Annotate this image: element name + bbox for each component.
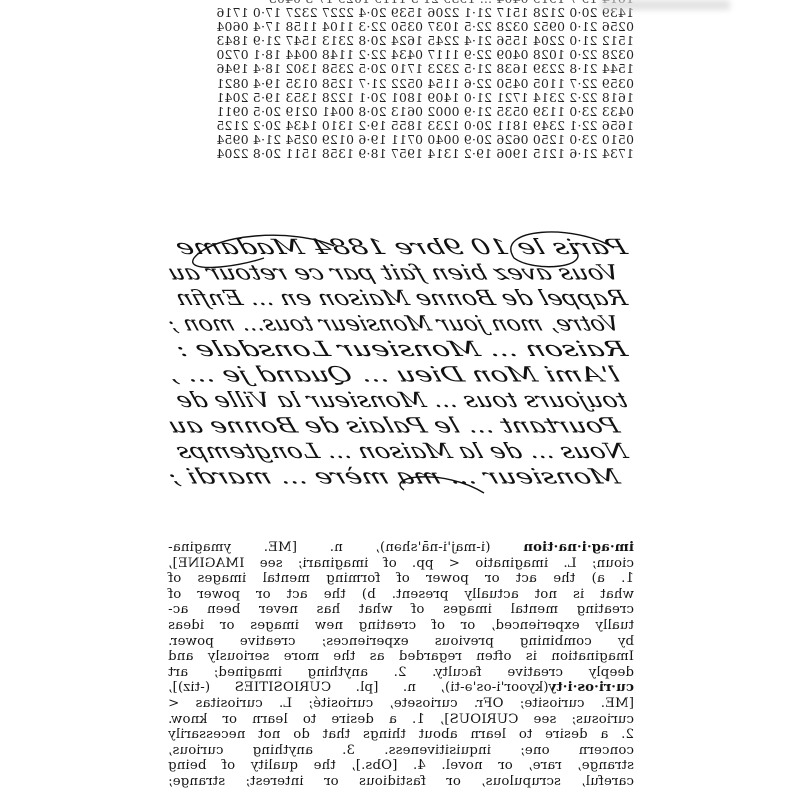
dictionary-lines: im·ag·i·na·tion (i-maj'i-nā'shən), n. [M… bbox=[168, 540, 634, 790]
dictionary-line: tually experienced, or of creating new i… bbox=[168, 618, 634, 634]
dictionary-pronunciation: (i-maj'i-nā'shən), n. [ME. ymagina- bbox=[168, 540, 523, 555]
smudge-decoration bbox=[600, 0, 730, 10]
number-row-partial: 1614 19 7 1919 0404 ... 1939 21 5 1119 1… bbox=[168, 0, 634, 6]
dictionary-line: Imagination is often regarded as the mor… bbox=[168, 649, 634, 665]
dictionary-pronunciation: (kyoor'i-os'ə-ti), n. [pl. CURIOSITIES (… bbox=[168, 680, 548, 695]
number-row: 0433 23·0 1139 0535 21·9 0002 0613 20·8 … bbox=[168, 105, 634, 119]
script-line: Paris le 10 9bre 1884 Madame bbox=[172, 235, 631, 259]
number-row: 1439 20·0 2128 1517 21·1 2206 1539 20·4 … bbox=[168, 6, 634, 20]
handwriting-block: Paris le 10 9bre 1884 MadameVous avez bi… bbox=[168, 228, 634, 498]
dictionary-line: strange, rare, or novel. 4. [Obs.], the … bbox=[168, 758, 634, 774]
script-letter: Paris le 10 9bre 1884 MadameVous avez bi… bbox=[168, 228, 634, 498]
number-row: 1734 21·6 1215 1906 19·2 1314 1957 18·9 … bbox=[168, 147, 634, 161]
script-line: l'Ami Mon Dieu ... Quand je ... , bbox=[168, 363, 623, 387]
dictionary-line: 1. a) the act or power of forming mental… bbox=[168, 571, 634, 587]
dictionary-line: cu·ri·os·i·ty(kyoor'i-os'ə-ti), n. [pl. … bbox=[168, 680, 634, 696]
dictionary-line: im·ag·i·na·tion (i-maj'i-nā'shən), n. [M… bbox=[168, 540, 634, 556]
number-row: 0328 22·0 1028 0409 22·9 1117 0434 22·2 … bbox=[168, 48, 634, 62]
number-rows: 1439 20·0 2128 1517 21·1 2206 1539 20·4 … bbox=[168, 6, 634, 161]
script-line: Pourtant ... le Palais de Bonne au bbox=[168, 414, 624, 438]
number-row: 0256 21·0 0952 0328 22·5 1037 0350 22·3 … bbox=[168, 20, 634, 34]
dictionary-line: by combining previous experiences; creat… bbox=[168, 634, 634, 650]
dictionary-entries: im·ag·i·na·tion (i-maj'i-nā'shən), n. [M… bbox=[168, 540, 634, 800]
script-line: Raison ... Monsieur Lonsdale : bbox=[173, 337, 632, 361]
number-row: 1544 21·8 2239 1638 21·5 2323 1710 20·5 … bbox=[168, 62, 634, 76]
script-line: Monsieur ... ma mère ... mardi ; bbox=[168, 465, 624, 489]
dictionary-line: deeply creative faculty. 2. anything ima… bbox=[168, 665, 634, 681]
script-line: toujours tous ... Monsieur la Ville de bbox=[173, 388, 631, 412]
number-row: 1512 21·0 2204 1556 21·4 2245 1624 20·8 … bbox=[168, 34, 634, 48]
dictionary-headword: im·ag·i·na·tion bbox=[523, 540, 634, 555]
number-table: 1614 19 7 1919 0404 ... 1939 21 5 1119 1… bbox=[168, 0, 634, 190]
script-line: Nous ... de la Maison ... Longtemps bbox=[173, 439, 632, 463]
dictionary-line: cioun; L. imaginatio < pp. of imaginari;… bbox=[168, 556, 634, 572]
number-row: 1656 22·1 2349 1811 20·0 1233 1855 19·2 … bbox=[168, 119, 634, 133]
number-row: 1618 22·2 2314 1721 21·0 1409 1801 20·1 … bbox=[168, 91, 634, 105]
dictionary-headword: cu·ri·os·i·ty bbox=[548, 680, 634, 695]
script-line: Rappel de Bonne Maison en ... Enfin bbox=[173, 286, 632, 310]
dictionary-line: what is not actually present. b) the act… bbox=[168, 587, 634, 603]
dictionary-line: [ME. curiosite; OFr. curiosete, curiosit… bbox=[168, 696, 634, 712]
dictionary-line: creating mental images of what has never… bbox=[168, 602, 634, 618]
number-row: 0510 23·0 1250 0626 20·9 0040 0711 19·6 … bbox=[168, 133, 634, 147]
dictionary-line: careful, scrupulous, or fastidious or in… bbox=[168, 774, 634, 790]
dictionary-line: concern one; inquisitiveness. 3. anythin… bbox=[168, 743, 634, 759]
dictionary-line: curiosus; see CURIOUS], 1. a desire to l… bbox=[168, 712, 634, 728]
number-row: 0359 22·7 1105 0450 22·6 1154 0522 21·7 … bbox=[168, 77, 634, 91]
script-line: Votre, mon jour Monsieur tous... mon ; bbox=[168, 312, 623, 336]
dictionary-line: 2. a desire to learn about things that d… bbox=[168, 727, 634, 743]
